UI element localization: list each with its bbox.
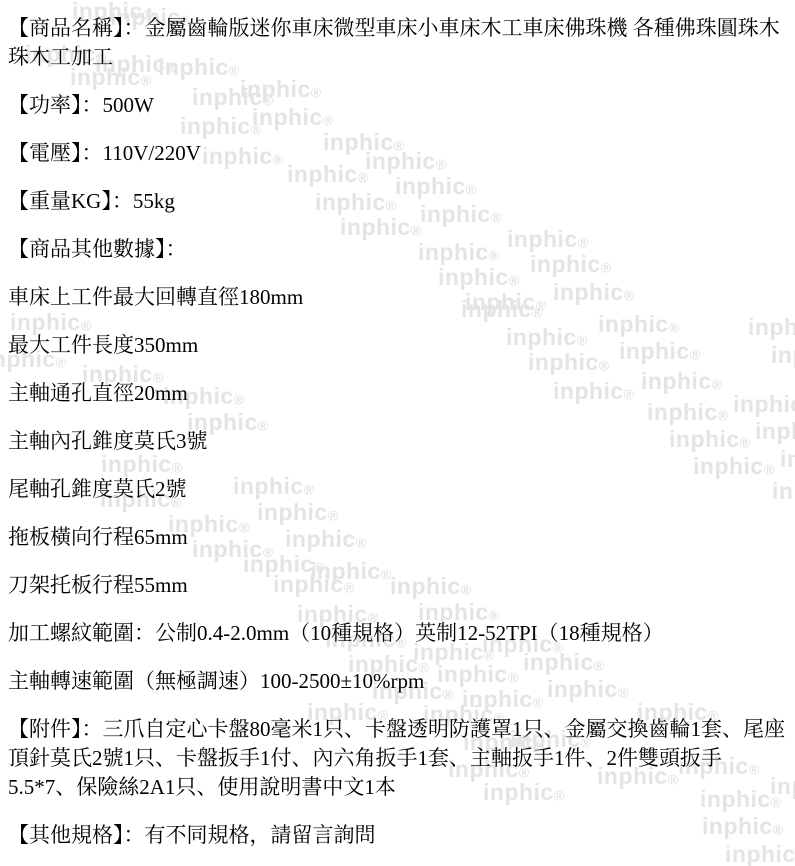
product-name: 【商品名稱】：金屬齒輪版迷你車床微型車床小車床木工車床佛珠機 各種佛珠圓珠木珠木… — [8, 14, 787, 72]
spec-spindle-taper: 主軸內孔錐度莫氏3號 — [8, 427, 787, 456]
field-other-specs: 【其他規格】：有不同規格，請留言詢問 — [8, 821, 787, 850]
spec-spindle-speed-range: 主軸轉速範圍（無極調速）100-2500±10%rpm — [8, 667, 787, 696]
field-accessories: 【附件】：三爪自定心卡盤80毫米1只、卡盤透明防護罩1只、金屬交換齒輪1套、尾座… — [8, 715, 787, 802]
spec-spindle-bore-diameter: 主軸通孔直徑20mm — [8, 379, 787, 408]
spec-tool-rest-travel: 刀架托板行程55mm — [8, 571, 787, 600]
spec-max-workpiece-length: 最大工件長度350mm — [8, 331, 787, 360]
field-voltage: 【電壓】：110V/220V — [8, 139, 787, 168]
field-power: 【功率】：500W — [8, 91, 787, 120]
spec-thread-range: 加工螺紋範圍：公制0.4-2.0mm（10種規格）英制12-52TPI（18種規… — [8, 619, 787, 648]
spec-max-swing-diameter: 車床上工件最大回轉直徑180mm — [8, 283, 787, 312]
field-weight: 【重量KG】：55kg — [8, 187, 787, 216]
product-description: 【商品名稱】：金屬齒輪版迷你車床微型車床小車床木工車床佛珠機 各種佛珠圓珠木珠木… — [0, 0, 795, 850]
other-data-heading: 【商品其他數據】： — [8, 235, 787, 264]
spec-tailstock-taper: 尾軸孔錐度莫氏2號 — [8, 475, 787, 504]
spec-cross-slide-travel: 拖板橫向行程65mm — [8, 523, 787, 552]
